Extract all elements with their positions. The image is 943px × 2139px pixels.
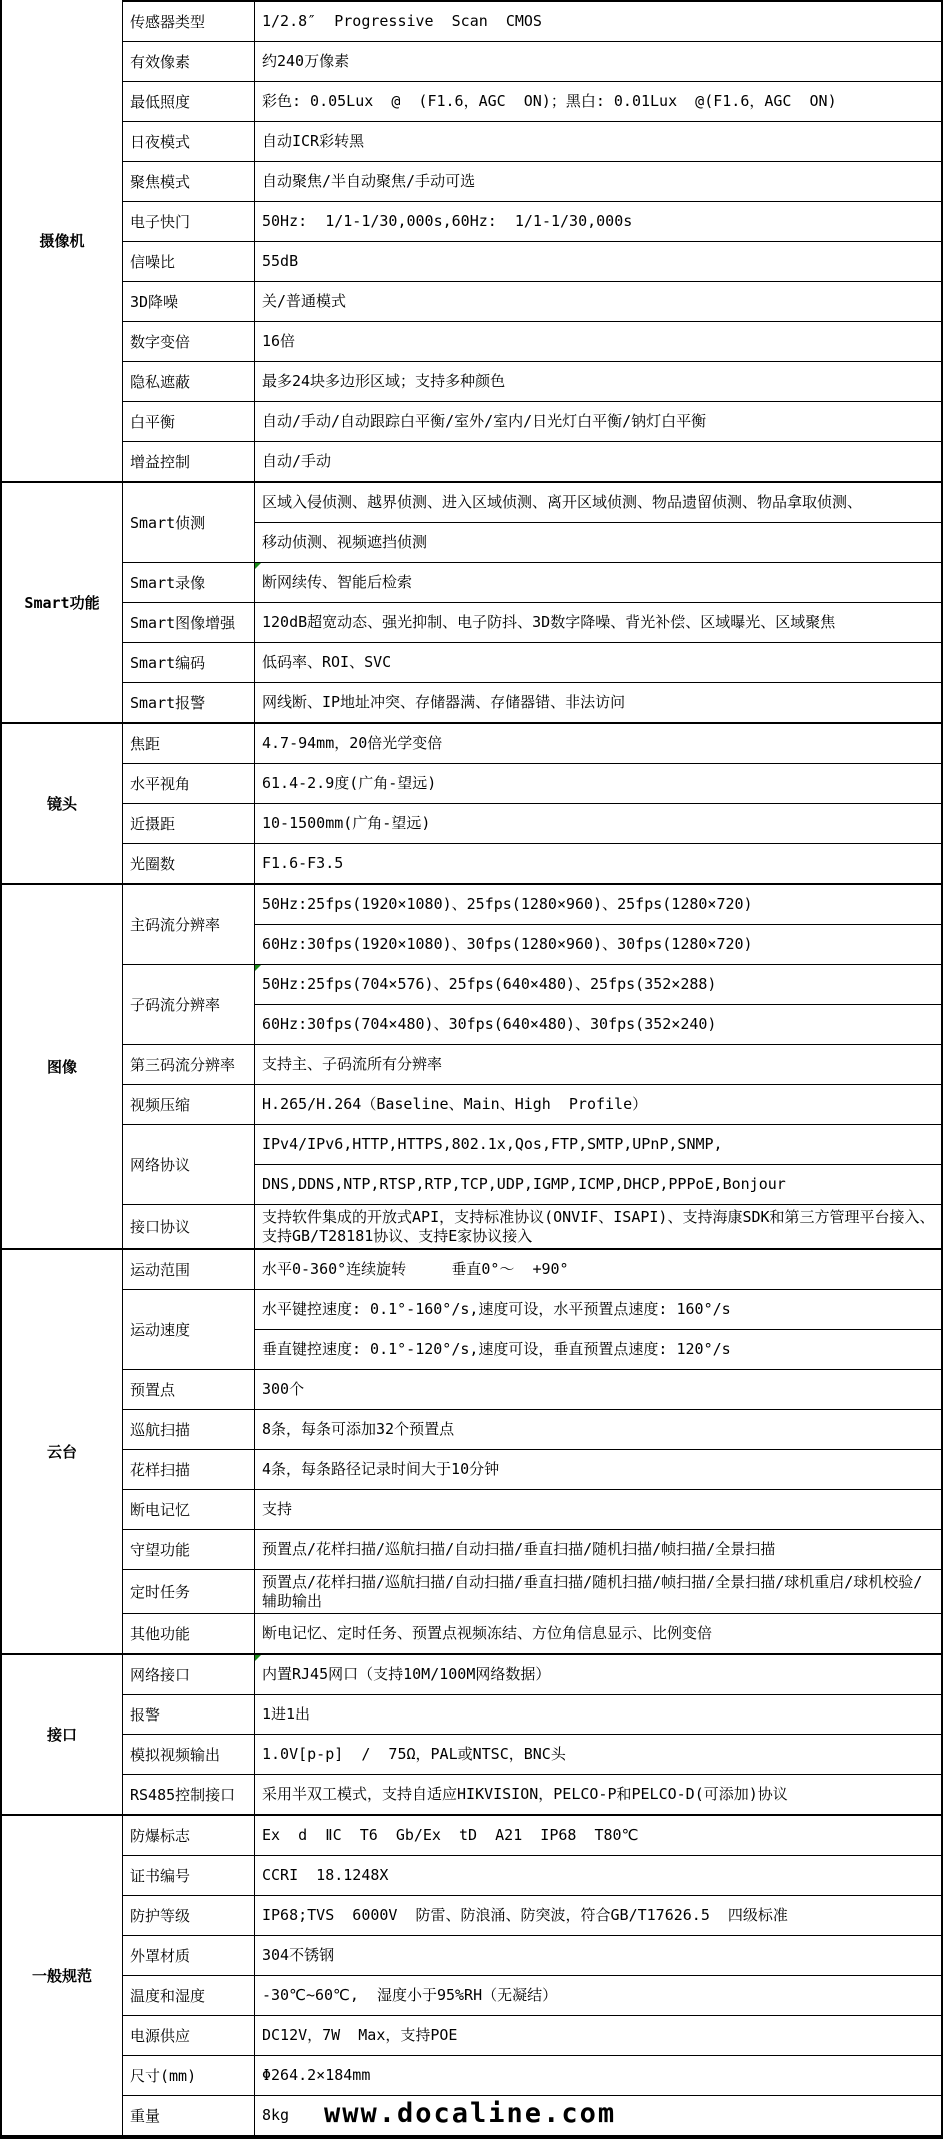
- spec-value-text: 8条，每条可添加32个预置点: [262, 1420, 454, 1439]
- spec-value-cell: 采用半双工模式，支持自适应HIKVISION，PELCO-P和PELCO-D(可…: [255, 1775, 941, 1814]
- spec-label: 光圈数: [123, 844, 255, 883]
- spec-label: 焦距: [123, 724, 255, 763]
- spec-row: 白平衡自动/手动/自动跟踪白平衡/室外/室内/日光灯白平衡/钠灯白平衡: [123, 402, 941, 442]
- spec-value-cell: IP68;TVS 6000V 防雷、防浪涌、防突波，符合GB/T17626.5 …: [255, 1896, 941, 1935]
- spec-label: 最低照度: [123, 82, 255, 121]
- category-cell-camera: 摄像机: [2, 0, 123, 481]
- spec-value-text: 自动/手动: [262, 452, 331, 471]
- spec-value-subrow: 支持: [255, 1490, 941, 1529]
- spec-value-cell: 水平0-360°连续旋转 垂直0°～ +90°: [255, 1250, 941, 1289]
- spec-value-subrow: 断电记忆、定时任务、预置点视频冻结、方位角信息显示、比例变倍: [255, 1614, 941, 1653]
- spec-value-cell: 支持软件集成的开放式API，支持标准协议(ONVIF、ISAPI)、支持海康SD…: [255, 1205, 941, 1248]
- spec-value-subrow: 内置RJ45网口（支持10M/100M网络数据）: [255, 1655, 941, 1694]
- spec-value-text: 304不锈钢: [262, 1946, 334, 1965]
- spec-value-cell: 50Hz:25fps(704×576)、25fps(640×480)、25fps…: [255, 965, 941, 1044]
- spec-label: 断电记忆: [123, 1490, 255, 1529]
- section-interface: 接口网络接口内置RJ45网口（支持10M/100M网络数据）报警1进1出模拟视频…: [2, 1655, 941, 1816]
- spec-label: 主码流分辨率: [123, 885, 255, 964]
- spec-label: Smart录像: [123, 563, 255, 602]
- spec-label: 网络接口: [123, 1655, 255, 1694]
- spec-label: 守望功能: [123, 1530, 255, 1569]
- spec-value-text: 自动/手动/自动跟踪白平衡/室外/室内/日光灯白平衡/钠灯白平衡: [262, 412, 706, 431]
- spec-label: 子码流分辨率: [123, 965, 255, 1044]
- spec-value-cell: 300个: [255, 1370, 941, 1409]
- spec-row: 运动范围水平0-360°连续旋转 垂直0°～ +90°: [123, 1250, 941, 1290]
- spec-label: Smart图像增强: [123, 603, 255, 642]
- spec-value-subrow: DC12V，7W Max，支持POE: [255, 2016, 941, 2055]
- spec-value-cell: 自动/手动/自动跟踪白平衡/室外/室内/日光灯白平衡/钠灯白平衡: [255, 402, 941, 441]
- spec-value-cell: 1.0V[p-p] / 75Ω，PAL或NTSC，BNC头: [255, 1735, 941, 1774]
- spec-value-text: 4条，每条路径记录时间大于10分钟: [262, 1460, 499, 1479]
- spec-value-subrow: 50Hz: 1/1-1/30,000s,60Hz: 1/1-1/30,000s: [255, 202, 941, 241]
- spec-value-subrow: CCRI 18.1248X: [255, 1856, 941, 1895]
- spec-value-subrow: 10-1500mm(广角-望远): [255, 804, 941, 843]
- spec-row: RS485控制接口采用半双工模式，支持自适应HIKVISION，PELCO-P和…: [123, 1775, 941, 1814]
- spec-value-text: 采用半双工模式，支持自适应HIKVISION，PELCO-P和PELCO-D(可…: [262, 1785, 788, 1804]
- spec-value-cell: 50Hz: 1/1-1/30,000s,60Hz: 1/1-1/30,000s: [255, 202, 941, 241]
- spec-label: 花样扫描: [123, 1450, 255, 1489]
- spec-value-subrow: 预置点/花样扫描/巡航扫描/自动扫描/垂直扫描/随机扫描/帧扫描/全景扫描: [255, 1530, 941, 1569]
- category-cell-image: 图像: [2, 885, 123, 1248]
- spec-value-subrow: 1.0V[p-p] / 75Ω，PAL或NTSC，BNC头: [255, 1735, 941, 1774]
- spec-label: 防护等级: [123, 1896, 255, 1935]
- spec-row: 隐私遮蔽最多24块多边形区域；支持多种颜色: [123, 362, 941, 402]
- spec-row: Smart编码低码率、ROI、SVC: [123, 643, 941, 683]
- spec-label: 外罩材质: [123, 1936, 255, 1975]
- spec-value-text: CCRI 18.1248X: [262, 1866, 388, 1885]
- spec-row: 子码流分辨率50Hz:25fps(704×576)、25fps(640×480)…: [123, 965, 941, 1045]
- spec-value-cell: IPv4/IPv6,HTTP,HTTPS,802.1x,Qos,FTP,SMTP…: [255, 1125, 941, 1204]
- spec-label: Smart报警: [123, 683, 255, 722]
- spec-value-subrow: 低码率、ROI、SVC: [255, 643, 941, 682]
- spec-row: 主码流分辨率50Hz:25fps(1920×1080)、25fps(1280×9…: [123, 885, 941, 965]
- spec-row: 接口协议支持软件集成的开放式API，支持标准协议(ONVIF、ISAPI)、支持…: [123, 1205, 941, 1248]
- spec-row: 证书编号CCRI 18.1248X: [123, 1856, 941, 1896]
- spec-value-cell: 断网续传、智能后检索: [255, 563, 941, 602]
- spec-value-text: 彩色: 0.05Lux @ (F1.6，AGC ON)；黑白: 0.01Lux …: [262, 92, 837, 111]
- spec-value-cell: 彩色: 0.05Lux @ (F1.6，AGC ON)；黑白: 0.01Lux …: [255, 82, 941, 121]
- spec-value-subrow: DNS,DDNS,NTP,RTSP,RTP,TCP,UDP,IGMP,ICMP,…: [255, 1164, 941, 1204]
- spec-value-text: 55dB: [262, 252, 298, 271]
- section-ptz: 云台运动范围水平0-360°连续旋转 垂直0°～ +90°运动速度水平键控速度:…: [2, 1250, 941, 1655]
- spec-value-text: 自动聚焦/半自动聚焦/手动可选: [262, 172, 475, 191]
- spec-value-subrow: 60Hz:30fps(1920×1080)、30fps(1280×960)、30…: [255, 924, 941, 964]
- section-camera: 摄像机传感器类型1/2.8″ Progressive Scan CMOS有效像素…: [2, 0, 941, 483]
- spec-row: 电源供应DC12V，7W Max，支持POE: [123, 2016, 941, 2056]
- spec-value-subrow: IP68;TVS 6000V 防雷、防浪涌、防突波，符合GB/T17626.5 …: [255, 1896, 941, 1935]
- spec-value-text: DC12V，7W Max，支持POE: [262, 2026, 457, 2045]
- spec-value-cell: 16倍: [255, 322, 941, 361]
- spec-value-text: H.265/H.264（Baseline、Main、High Profile）: [262, 1095, 647, 1114]
- spec-label: 温度和湿度: [123, 1976, 255, 2015]
- spec-value-subrow: 采用半双工模式，支持自适应HIKVISION，PELCO-P和PELCO-D(可…: [255, 1775, 941, 1814]
- spec-value-subrow: H.265/H.264（Baseline、Main、High Profile）: [255, 1085, 941, 1124]
- spec-value-cell: CCRI 18.1248X: [255, 1856, 941, 1895]
- spec-value-text: IPv4/IPv6,HTTP,HTTPS,802.1x,Qos,FTP,SMTP…: [262, 1135, 723, 1154]
- spec-row: 定时任务预置点/花样扫描/巡航扫描/自动扫描/垂直扫描/随机扫描/帧扫描/全景扫…: [123, 1570, 941, 1614]
- spec-value-cell: 区域入侵侦测、越界侦测、进入区域侦测、离开区域侦测、物品遗留侦测、物品拿取侦测、…: [255, 483, 941, 562]
- spec-value-cell: 1/2.8″ Progressive Scan CMOS: [255, 2, 941, 41]
- spec-label: 视频压缩: [123, 1085, 255, 1124]
- spec-label: 有效像素: [123, 42, 255, 81]
- spec-row: 网络接口内置RJ45网口（支持10M/100M网络数据）: [123, 1655, 941, 1695]
- spec-value-subrow: IPv4/IPv6,HTTP,HTTPS,802.1x,Qos,FTP,SMTP…: [255, 1125, 941, 1164]
- spec-row: 有效像素约240万像素: [123, 42, 941, 82]
- spec-value-text: 300个: [262, 1380, 304, 1399]
- spec-value-cell: 4.7-94mm，20倍光学变倍: [255, 724, 941, 763]
- spec-value-text: 内置RJ45网口（支持10M/100M网络数据）: [262, 1665, 550, 1684]
- spec-value-subrow: 自动/手动/自动跟踪白平衡/室外/室内/日光灯白平衡/钠灯白平衡: [255, 402, 941, 441]
- spec-label: 聚焦模式: [123, 162, 255, 201]
- spec-label: 证书编号: [123, 1856, 255, 1895]
- spec-row: 视频压缩H.265/H.264（Baseline、Main、High Profi…: [123, 1085, 941, 1125]
- spec-row: 焦距4.7-94mm，20倍光学变倍: [123, 724, 941, 764]
- spec-row: 预置点300个: [123, 1370, 941, 1410]
- spec-row: 尺寸(mm)Φ264.2×184mm: [123, 2056, 941, 2096]
- spec-value-text: -30℃~60℃, 湿度小于95%RH（无凝结）: [262, 1986, 557, 2005]
- spec-label: Smart侦测: [123, 483, 255, 562]
- spec-value-subrow: 约240万像素: [255, 42, 941, 81]
- spec-row: 信噪比55dB: [123, 242, 941, 282]
- spec-value-subrow: 60Hz:30fps(704×480)、30fps(640×480)、30fps…: [255, 1004, 941, 1044]
- spec-value-text: 预置点/花样扫描/巡航扫描/自动扫描/垂直扫描/随机扫描/帧扫描/全景扫描: [262, 1540, 775, 1559]
- spec-value-cell: 8条，每条可添加32个预置点: [255, 1410, 941, 1449]
- spec-label: 水平视角: [123, 764, 255, 803]
- section-smart: Smart功能Smart侦测区域入侵侦测、越界侦测、进入区域侦测、离开区域侦测、…: [2, 483, 941, 724]
- spec-row: 3D降噪关/普通模式: [123, 282, 941, 322]
- spec-value-subrow: 支持软件集成的开放式API，支持标准协议(ONVIF、ISAPI)、支持海康SD…: [255, 1205, 941, 1248]
- spec-row: 外罩材质304不锈钢: [123, 1936, 941, 1976]
- spec-label: 数字变倍: [123, 322, 255, 361]
- spec-value-subrow: 网线断、IP地址冲突、存储器满、存储器错、非法访问: [255, 683, 941, 722]
- spec-value-text: 断电记忆、定时任务、预置点视频冻结、方位角信息显示、比例变倍: [262, 1624, 712, 1643]
- spec-value-text: 16倍: [262, 332, 295, 351]
- spec-value-cell: 304不锈钢: [255, 1936, 941, 1975]
- spec-value-subrow: -30℃~60℃, 湿度小于95%RH（无凝结）: [255, 1976, 941, 2015]
- spec-row: Smart报警网线断、IP地址冲突、存储器满、存储器错、非法访问: [123, 683, 941, 722]
- spec-value-subrow: 区域入侵侦测、越界侦测、进入区域侦测、离开区域侦测、物品遗留侦测、物品拿取侦测、: [255, 483, 941, 522]
- spec-value-text: 水平键控速度: 0.1°-160°/s,速度可设，水平预置点速度: 160°/s: [262, 1300, 731, 1319]
- spec-label: 网络协议: [123, 1125, 255, 1204]
- spec-label: 信噪比: [123, 242, 255, 281]
- spec-value-subrow: F1.6-F3.5: [255, 844, 941, 883]
- spec-label: 运动范围: [123, 1250, 255, 1289]
- spec-value-text: 60Hz:30fps(1920×1080)、30fps(1280×960)、30…: [262, 935, 753, 954]
- spec-value-text: 约240万像素: [262, 52, 349, 71]
- section-lens: 镜头焦距4.7-94mm，20倍光学变倍水平视角61.4-2.9度(广角-望远)…: [2, 724, 941, 885]
- spec-value-cell: 关/普通模式: [255, 282, 941, 321]
- spec-label: 电源供应: [123, 2016, 255, 2055]
- spec-value-text: 自动ICR彩转黑: [262, 132, 364, 151]
- spec-value-subrow: 支持主、子码流所有分辨率: [255, 1045, 941, 1084]
- spec-value-subrow: 50Hz:25fps(1920×1080)、25fps(1280×960)、25…: [255, 885, 941, 924]
- spec-value-text: DNS,DDNS,NTP,RTSP,RTP,TCP,UDP,IGMP,ICMP,…: [262, 1175, 786, 1194]
- spec-row: 电子快门50Hz: 1/1-1/30,000s,60Hz: 1/1-1/30,0…: [123, 202, 941, 242]
- spec-value-text: 支持: [262, 1500, 292, 1519]
- spec-label: 近摄距: [123, 804, 255, 843]
- spec-value-text: 1.0V[p-p] / 75Ω，PAL或NTSC，BNC头: [262, 1745, 566, 1764]
- spec-value-subrow: 水平0-360°连续旋转 垂直0°～ +90°: [255, 1250, 941, 1289]
- spec-value-text: 移动侦测、视频遮挡侦测: [262, 533, 427, 552]
- spec-value-cell: 50Hz:25fps(1920×1080)、25fps(1280×960)、25…: [255, 885, 941, 964]
- spec-value-text: 1进1出: [262, 1705, 310, 1724]
- spec-value-cell: 自动聚焦/半自动聚焦/手动可选: [255, 162, 941, 201]
- spec-row: 运动速度水平键控速度: 0.1°-160°/s,速度可设，水平预置点速度: 16…: [123, 1290, 941, 1370]
- spec-row: 聚焦模式自动聚焦/半自动聚焦/手动可选: [123, 162, 941, 202]
- spec-value-text: 120dB超宽动态、强光抑制、电子防抖、3D数字降噪、背光补偿、区域曝光、区域聚…: [262, 613, 835, 632]
- spec-value-cell: Ex d ⅡC T6 Gb/Ex tD A21 IP68 T80℃: [255, 1816, 941, 1855]
- category-cell-ptz: 云台: [2, 1250, 123, 1653]
- spec-row: Smart侦测区域入侵侦测、越界侦测、进入区域侦测、离开区域侦测、物品遗留侦测、…: [123, 483, 941, 563]
- spec-value-subrow: 最多24块多边形区域；支持多种颜色: [255, 362, 941, 401]
- spec-value-text: 网线断、IP地址冲突、存储器满、存储器错、非法访问: [262, 693, 625, 712]
- spec-value-cell: -30℃~60℃, 湿度小于95%RH（无凝结）: [255, 1976, 941, 2015]
- spec-value-text: 最多24块多边形区域；支持多种颜色: [262, 372, 505, 391]
- spec-row: 光圈数F1.6-F3.5: [123, 844, 941, 883]
- spec-row: 近摄距10-1500mm(广角-望远): [123, 804, 941, 844]
- category-cell-general: 一般规范: [2, 1816, 123, 2135]
- spec-label: 白平衡: [123, 402, 255, 441]
- spec-value-subrow: 自动/手动: [255, 442, 941, 481]
- cell-flag-triangle-icon: [255, 563, 261, 569]
- spec-row: 防护等级IP68;TVS 6000V 防雷、防浪涌、防突波，符合GB/T1762…: [123, 1896, 941, 1936]
- spec-row: 第三码流分辨率支持主、子码流所有分辨率: [123, 1045, 941, 1085]
- spec-value-subrow: 120dB超宽动态、强光抑制、电子防抖、3D数字降噪、背光补偿、区域曝光、区域聚…: [255, 603, 941, 642]
- spec-value-cell: 自动/手动: [255, 442, 941, 481]
- spec-value-subrow: 4.7-94mm，20倍光学变倍: [255, 724, 941, 763]
- spec-value-cell: 最多24块多边形区域；支持多种颜色: [255, 362, 941, 401]
- spec-row: 断电记忆支持: [123, 1490, 941, 1530]
- spec-value-cell: 水平键控速度: 0.1°-160°/s,速度可设，水平预置点速度: 160°/s…: [255, 1290, 941, 1369]
- spec-value-cell: Φ264.2×184mm: [255, 2056, 941, 2095]
- spec-value-subrow: 304不锈钢: [255, 1936, 941, 1975]
- spec-row: 守望功能预置点/花样扫描/巡航扫描/自动扫描/垂直扫描/随机扫描/帧扫描/全景扫…: [123, 1530, 941, 1570]
- spec-value-cell: H.265/H.264（Baseline、Main、High Profile）: [255, 1085, 941, 1124]
- spec-row: 增益控制自动/手动: [123, 442, 941, 481]
- spec-value-cell: 预置点/花样扫描/巡航扫描/自动扫描/垂直扫描/随机扫描/帧扫描/全景扫描: [255, 1530, 941, 1569]
- spec-value-text: 1/2.8″ Progressive Scan CMOS: [262, 12, 542, 31]
- spec-value-cell: F1.6-F3.5: [255, 844, 941, 883]
- spec-value-text: 垂直键控速度: 0.1°-120°/s,速度可设，垂直预置点速度: 120°/s: [262, 1340, 731, 1359]
- spec-label: RS485控制接口: [123, 1775, 255, 1814]
- spec-value-text: 50Hz: 1/1-1/30,000s,60Hz: 1/1-1/30,000s: [262, 212, 632, 231]
- spec-row: 日夜模式自动ICR彩转黑: [123, 122, 941, 162]
- spec-value-text: 50Hz:25fps(1920×1080)、25fps(1280×960)、25…: [262, 895, 753, 914]
- spec-row: 温度和湿度-30℃~60℃, 湿度小于95%RH（无凝结）: [123, 1976, 941, 2016]
- category-cell-interface: 接口: [2, 1655, 123, 1814]
- spec-value-subrow: Φ264.2×184mm: [255, 2056, 941, 2095]
- spec-value-cell: 61.4-2.9度(广角-望远): [255, 764, 941, 803]
- spec-value-cell: DC12V，7W Max，支持POE: [255, 2016, 941, 2055]
- category-cell-smart: Smart功能: [2, 483, 123, 722]
- spec-value-subrow: 自动聚焦/半自动聚焦/手动可选: [255, 162, 941, 201]
- spec-value-subrow: 预置点/花样扫描/巡航扫描/自动扫描/垂直扫描/随机扫描/帧扫描/全景扫描/球机…: [255, 1570, 941, 1613]
- spec-value-subrow: 移动侦测、视频遮挡侦测: [255, 522, 941, 562]
- spec-value-text: 预置点/花样扫描/巡航扫描/自动扫描/垂直扫描/随机扫描/帧扫描/全景扫描/球机…: [262, 1573, 937, 1611]
- spec-label: Smart编码: [123, 643, 255, 682]
- spec-value-cell: 低码率、ROI、SVC: [255, 643, 941, 682]
- section-general: 一般规范防爆标志Ex d ⅡC T6 Gb/Ex tD A21 IP68 T80…: [2, 1816, 941, 2137]
- spec-label: 巡航扫描: [123, 1410, 255, 1449]
- spec-table: 摄像机传感器类型1/2.8″ Progressive Scan CMOS有效像素…: [0, 0, 943, 2139]
- spec-value-text: 断网续传、智能后检索: [262, 573, 412, 592]
- spec-value-cell: 自动ICR彩转黑: [255, 122, 941, 161]
- spec-value-text: 50Hz:25fps(704×576)、25fps(640×480)、25fps…: [262, 975, 716, 994]
- spec-row: Smart图像增强120dB超宽动态、强光抑制、电子防抖、3D数字降噪、背光补偿…: [123, 603, 941, 643]
- cell-flag-triangle-icon: [255, 965, 261, 971]
- spec-value-cell: 120dB超宽动态、强光抑制、电子防抖、3D数字降噪、背光补偿、区域曝光、区域聚…: [255, 603, 941, 642]
- spec-row: 最低照度彩色: 0.05Lux @ (F1.6，AGC ON)；黑白: 0.01…: [123, 82, 941, 122]
- spec-value-text: 关/普通模式: [262, 292, 346, 311]
- spec-value-text: 低码率、ROI、SVC: [262, 653, 391, 672]
- spec-value-subrow: 4条，每条路径记录时间大于10分钟: [255, 1450, 941, 1489]
- spec-value-subrow: 水平键控速度: 0.1°-160°/s,速度可设，水平预置点速度: 160°/s: [255, 1290, 941, 1329]
- spec-value-cell: 4条，每条路径记录时间大于10分钟: [255, 1450, 941, 1489]
- cell-flag-triangle-icon: [255, 1655, 261, 1661]
- spec-label: 传感器类型: [123, 2, 255, 41]
- spec-row: 传感器类型1/2.8″ Progressive Scan CMOS: [123, 2, 941, 42]
- spec-value-subrow: 16倍: [255, 322, 941, 361]
- spec-value-cell: 1进1出: [255, 1695, 941, 1734]
- spec-row: Smart录像断网续传、智能后检索: [123, 563, 941, 603]
- spec-label: 报警: [123, 1695, 255, 1734]
- spec-value-subrow: 彩色: 0.05Lux @ (F1.6，AGC ON)；黑白: 0.01Lux …: [255, 82, 941, 121]
- spec-value-text: Φ264.2×184mm: [262, 2066, 370, 2085]
- spec-value-subrow: 关/普通模式: [255, 282, 941, 321]
- spec-label: 接口协议: [123, 1205, 255, 1248]
- spec-row: 水平视角61.4-2.9度(广角-望远): [123, 764, 941, 804]
- spec-value-text: Ex d ⅡC T6 Gb/Ex tD A21 IP68 T80℃: [262, 1826, 638, 1845]
- spec-value-subrow: 自动ICR彩转黑: [255, 122, 941, 161]
- section-image: 图像主码流分辨率50Hz:25fps(1920×1080)、25fps(1280…: [2, 885, 941, 1250]
- spec-row: 模拟视频输出1.0V[p-p] / 75Ω，PAL或NTSC，BNC头: [123, 1735, 941, 1775]
- spec-value-subrow: 垂直键控速度: 0.1°-120°/s,速度可设，垂直预置点速度: 120°/s: [255, 1329, 941, 1369]
- spec-value-text: 60Hz:30fps(704×480)、30fps(640×480)、30fps…: [262, 1015, 716, 1034]
- spec-value-text: 8kg: [262, 2106, 289, 2125]
- spec-row: 网络协议IPv4/IPv6,HTTP,HTTPS,802.1x,Qos,FTP,…: [123, 1125, 941, 1205]
- spec-value-subrow: 300个: [255, 1370, 941, 1409]
- spec-value-text: 支持软件集成的开放式API，支持标准协议(ONVIF、ISAPI)、支持海康SD…: [262, 1208, 937, 1246]
- spec-value-subrow: 1/2.8″ Progressive Scan CMOS: [255, 2, 941, 41]
- spec-value-text: F1.6-F3.5: [262, 854, 343, 873]
- spec-label: 模拟视频输出: [123, 1735, 255, 1774]
- spec-label: 隐私遮蔽: [123, 362, 255, 401]
- spec-value-cell: 内置RJ45网口（支持10M/100M网络数据）: [255, 1655, 941, 1694]
- spec-value-cell: 10-1500mm(广角-望远): [255, 804, 941, 843]
- spec-value-text: 区域入侵侦测、越界侦测、进入区域侦测、离开区域侦测、物品遗留侦测、物品拿取侦测、: [262, 493, 862, 512]
- spec-row: 防爆标志Ex d ⅡC T6 Gb/Ex tD A21 IP68 T80℃: [123, 1816, 941, 1856]
- spec-value-subrow: 8条，每条可添加32个预置点: [255, 1410, 941, 1449]
- spec-label: 尺寸(mm): [123, 2056, 255, 2095]
- spec-value-subrow: 55dB: [255, 242, 941, 281]
- spec-value-cell: 断电记忆、定时任务、预置点视频冻结、方位角信息显示、比例变倍: [255, 1614, 941, 1653]
- watermark-text: www.docaline.com: [324, 2098, 616, 2129]
- spec-value-subrow: 1进1出: [255, 1695, 941, 1734]
- spec-label: 3D降噪: [123, 282, 255, 321]
- spec-value-cell: 网线断、IP地址冲突、存储器满、存储器错、非法访问: [255, 683, 941, 722]
- spec-label: 日夜模式: [123, 122, 255, 161]
- spec-label: 重量: [123, 2096, 255, 2135]
- spec-row: 巡航扫描8条，每条可添加32个预置点: [123, 1410, 941, 1450]
- spec-value-cell: 支持主、子码流所有分辨率: [255, 1045, 941, 1084]
- spec-value-text: 水平0-360°连续旋转 垂直0°～ +90°: [262, 1260, 569, 1279]
- spec-row: 花样扫描4条，每条路径记录时间大于10分钟: [123, 1450, 941, 1490]
- spec-value-subrow: 61.4-2.9度(广角-望远): [255, 764, 941, 803]
- spec-value-text: IP68;TVS 6000V 防雷、防浪涌、防突波，符合GB/T17626.5 …: [262, 1906, 788, 1925]
- spec-value-cell: 55dB: [255, 242, 941, 281]
- spec-label: 其他功能: [123, 1614, 255, 1653]
- spec-label: 运动速度: [123, 1290, 255, 1369]
- category-cell-lens: 镜头: [2, 724, 123, 883]
- spec-value-cell: 约240万像素: [255, 42, 941, 81]
- spec-label: 预置点: [123, 1370, 255, 1409]
- spec-label: 第三码流分辨率: [123, 1045, 255, 1084]
- spec-value-text: 61.4-2.9度(广角-望远): [262, 774, 436, 793]
- spec-value-subrow: 50Hz:25fps(704×576)、25fps(640×480)、25fps…: [255, 965, 941, 1004]
- spec-label: 防爆标志: [123, 1816, 255, 1855]
- spec-value-subrow: Ex d ⅡC T6 Gb/Ex tD A21 IP68 T80℃: [255, 1816, 941, 1855]
- spec-label: 增益控制: [123, 442, 255, 481]
- spec-value-text: 4.7-94mm，20倍光学变倍: [262, 734, 442, 753]
- spec-row: 报警1进1出: [123, 1695, 941, 1735]
- spec-value-text: 10-1500mm(广角-望远): [262, 814, 430, 833]
- spec-label: 电子快门: [123, 202, 255, 241]
- spec-row: 其他功能断电记忆、定时任务、预置点视频冻结、方位角信息显示、比例变倍: [123, 1614, 941, 1653]
- spec-value-text: 支持主、子码流所有分辨率: [262, 1055, 442, 1074]
- spec-row: 数字变倍16倍: [123, 322, 941, 362]
- spec-label: 定时任务: [123, 1570, 255, 1613]
- spec-value-subrow: 断网续传、智能后检索: [255, 563, 941, 602]
- spec-value-cell: 预置点/花样扫描/巡航扫描/自动扫描/垂直扫描/随机扫描/帧扫描/全景扫描/球机…: [255, 1570, 941, 1613]
- spec-value-cell: 支持: [255, 1490, 941, 1529]
